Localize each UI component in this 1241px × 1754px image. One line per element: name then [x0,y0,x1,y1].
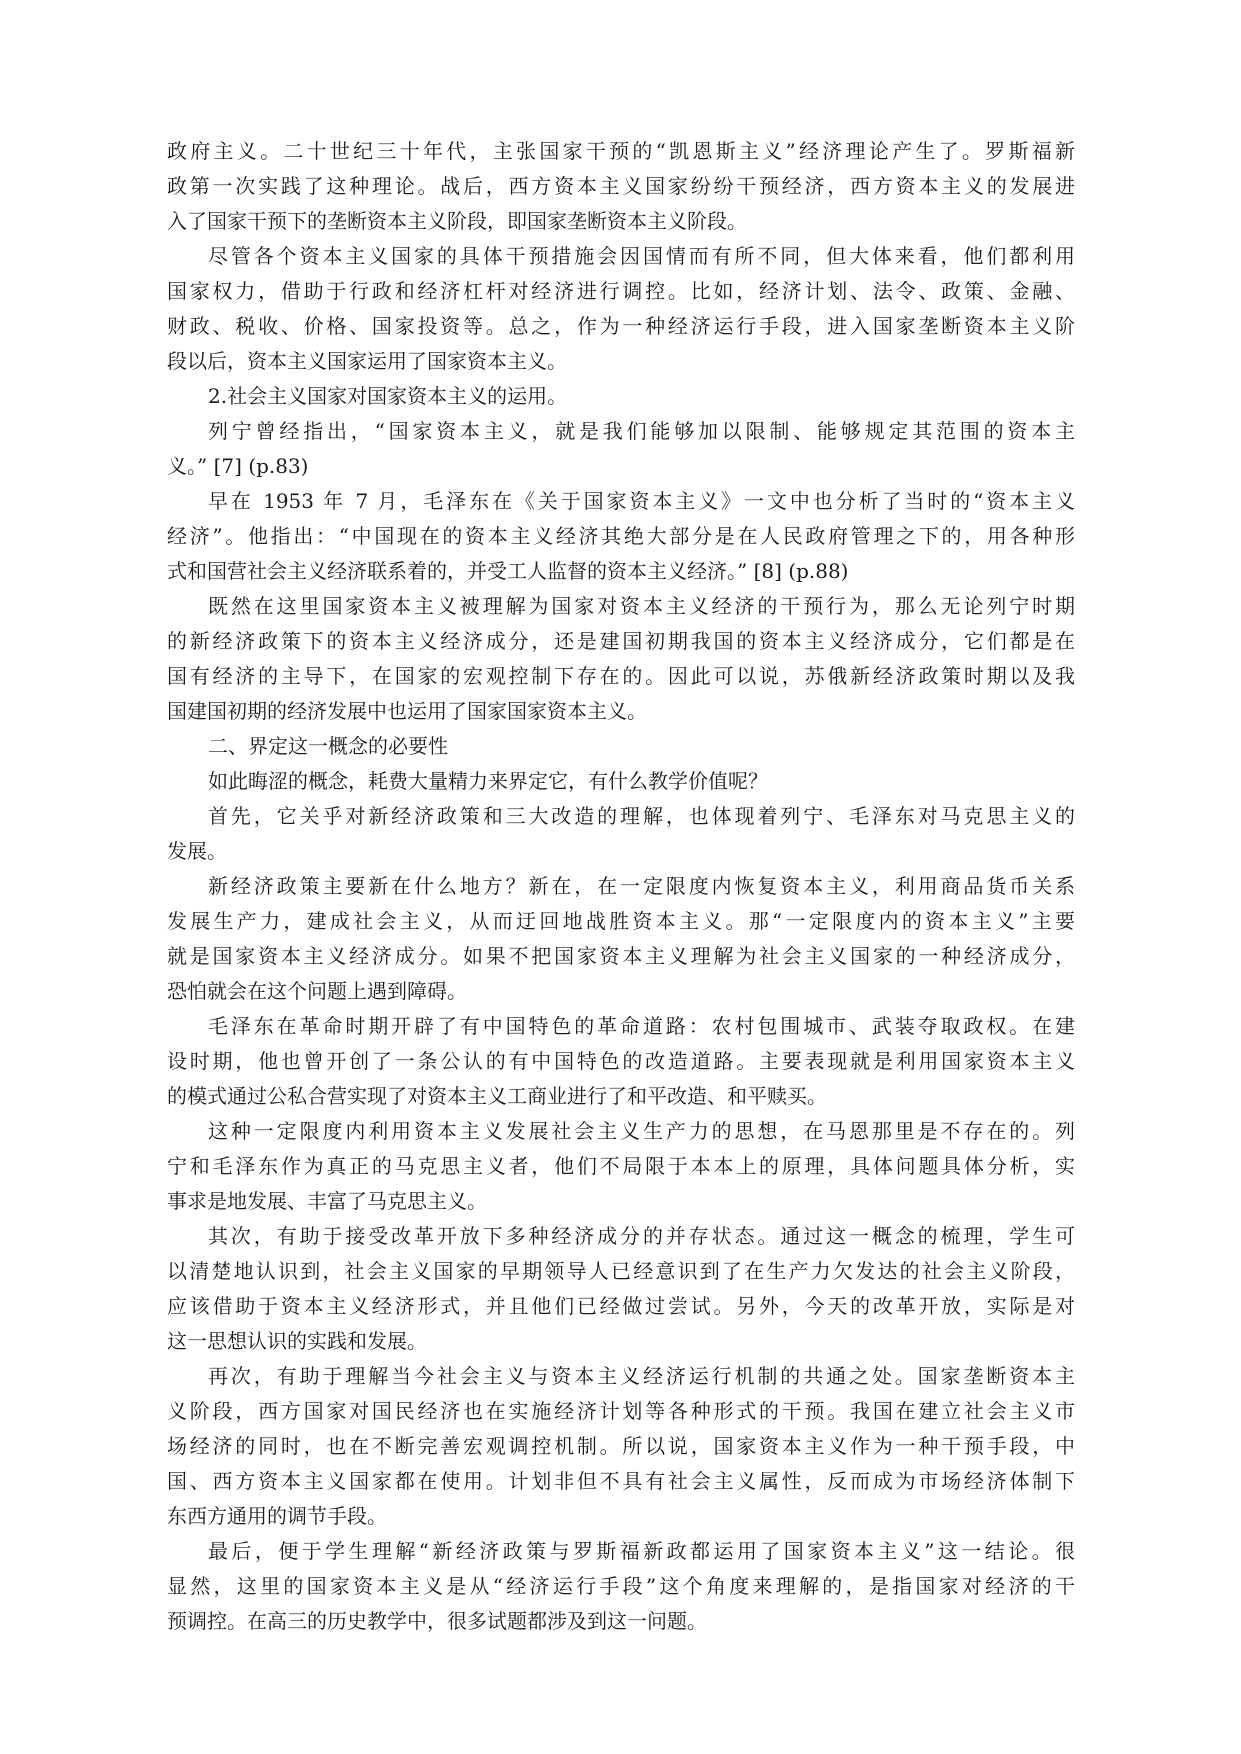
paragraph: 再次，有助于理解当今社会主义与资本主义经济运行机制的共通之处。国家垄断资本主义阶… [167,1359,1075,1534]
paragraph: 早在 1953 年 7 月，毛泽东在《关于国家资本主义》一文中也分析了当时的“资… [167,484,1075,589]
paragraph: 其次，有助于接受改革开放下多种经济成分的并存状态。通过这一概念的梳理，学生可以清… [167,1219,1075,1359]
text-line: 二、界定这一概念的必要性 [167,729,1075,764]
text-line: 入了国家干预下的垄断资本主义阶段，即国家垄断资本主义阶段。 [167,204,1075,239]
text-line: 新经济政策主要新在什么地方？新在，在一定限度内恢复资本主义，利用商品货币关系 [167,869,1075,904]
text-line: 既然在这里国家资本主义被理解为国家对资本主义经济的干预行为，那么无论列宁时期 [167,589,1075,624]
text-line: 的新经济政策下的资本主义经济成分，还是建国初期我国的资本主义经济成分，它们都是在 [167,624,1075,659]
text-line: 早在 1953 年 7 月，毛泽东在《关于国家资本主义》一文中也分析了当时的“资… [167,484,1075,519]
text-line: 最后，便于学生理解“新经济政策与罗斯福新政都运用了国家资本主义”这一结论。很 [167,1534,1075,1569]
text-line: 式和国营社会主义经济联系着的，并受工人监督的资本主义经济。” [8] (p.88… [167,554,1075,589]
paragraph: 新经济政策主要新在什么地方？新在，在一定限度内恢复资本主义，利用商品货币关系发展… [167,869,1075,1009]
text-line: 国家权力，借助于行政和经济杠杆对经济进行调控。比如，经济计划、法令、政策、金融、 [167,274,1075,309]
text-line: 的模式通过公私合营实现了对资本主义工商业进行了和平改造、和平赎买。 [167,1079,1075,1114]
text-line: 经济”。他指出：“中国现在的资本主义经济其绝大部分是在人民政府管理之下的，用各种… [167,519,1075,554]
text-line: 宁和毛泽东作为真正的马克思主义者，他们不局限于本本上的原理，具体问题具体分析，实 [167,1149,1075,1184]
text-line: 财政、税收、价格、国家投资等。总之，作为一种经济运行手段，进入国家垄断资本主义阶 [167,309,1075,344]
text-line: 国有经济的主导下，在国家的宏观控制下存在的。因此可以说，苏俄新经济政策时期以及我 [167,659,1075,694]
text-line: 设时期，他也曾开创了一条公认的有中国特色的改造道路。主要表现就是利用国家资本主义 [167,1044,1075,1079]
paragraph: 政府主义。二十世纪三十年代，主张国家干预的“凯恩斯主义”经济理论产生了。罗斯福新… [167,134,1075,239]
text-line: 如此晦涩的概念，耗费大量精力来界定它，有什么教学价值呢？ [167,764,1075,799]
text-line: 列宁曾经指出，“国家资本主义，就是我们能够加以限制、能够规定其范围的资本主 [167,414,1075,449]
text-line: 其次，有助于接受改革开放下多种经济成分的并存状态。通过这一概念的梳理，学生可 [167,1219,1075,1254]
paragraph: 毛泽东在革命时期开辟了有中国特色的革命道路：农村包围城市、武装夺取政权。在建设时… [167,1009,1075,1114]
text-line: 这种一定限度内利用资本主义发展社会主义生产力的思想，在马恩那里是不存在的。列 [167,1114,1075,1149]
paragraph: 既然在这里国家资本主义被理解为国家对资本主义经济的干预行为，那么无论列宁时期的新… [167,589,1075,729]
section-heading: 二、界定这一概念的必要性 [167,729,1075,764]
text-line: 以清楚地认识到，社会主义国家的早期领导人已经意识到了在生产力欠发达的社会主义阶段… [167,1254,1075,1289]
text-line: 应该借助于资本主义经济形式，并且他们已经做过尝试。另外，今天的改革开放，实际是对 [167,1289,1075,1324]
text-line: 显然，这里的国家资本主义是从“经济运行手段”这个角度来理解的，是指国家对经济的干 [167,1569,1075,1604]
text-line: 国建国初期的经济发展中也运用了国家国家资本主义。 [167,694,1075,729]
text-line: 东西方通用的调节手段。 [167,1499,1075,1534]
text-line: 就是国家资本主义经济成分。如果不把国家资本主义理解为社会主义国家的一种经济成分， [167,939,1075,974]
section-heading: 2.社会主义国家对国家资本主义的运用。 [167,379,1075,414]
text-line: 恐怕就会在这个问题上遇到障碍。 [167,974,1075,1009]
document-page: 政府主义。二十世纪三十年代，主张国家干预的“凯恩斯主义”经济理论产生了。罗斯福新… [167,134,1075,1639]
text-line: 发展。 [167,834,1075,869]
text-line: 毛泽东在革命时期开辟了有中国特色的革命道路：农村包围城市、武装夺取政权。在建 [167,1009,1075,1044]
text-line: 发展生产力，建成社会主义，从而迂回地战胜资本主义。那“一定限度内的资本主义”主要 [167,904,1075,939]
text-line: 尽管各个资本主义国家的具体干预措施会因国情而有所不同，但大体来看，他们都利用 [167,239,1075,274]
text-line: 事求是地发展、丰富了马克思主义。 [167,1184,1075,1219]
text-line: 义阶段，西方国家对国民经济也在实施经济计划等各种形式的干预。我国在建立社会主义市 [167,1394,1075,1429]
text-line: 首先，它关乎对新经济政策和三大改造的理解，也体现着列宁、毛泽东对马克思主义的 [167,799,1075,834]
text-line: 国、西方资本主义国家都在使用。计划非但不具有社会主义属性，反而成为市场经济体制下 [167,1464,1075,1499]
text-line: 政府主义。二十世纪三十年代，主张国家干预的“凯恩斯主义”经济理论产生了。罗斯福新 [167,134,1075,169]
paragraph: 这种一定限度内利用资本主义发展社会主义生产力的思想，在马恩那里是不存在的。列宁和… [167,1114,1075,1219]
paragraph: 尽管各个资本主义国家的具体干预措施会因国情而有所不同，但大体来看，他们都利用国家… [167,239,1075,379]
paragraph: 列宁曾经指出，“国家资本主义，就是我们能够加以限制、能够规定其范围的资本主义。”… [167,414,1075,484]
text-line: 这一思想认识的实践和发展。 [167,1324,1075,1359]
paragraph: 首先，它关乎对新经济政策和三大改造的理解，也体现着列宁、毛泽东对马克思主义的发展… [167,799,1075,869]
paragraph: 如此晦涩的概念，耗费大量精力来界定它，有什么教学价值呢？ [167,764,1075,799]
text-line: 场经济的同时，也在不断完善宏观调控机制。所以说，国家资本主义作为一种干预手段，中 [167,1429,1075,1464]
text-line: 预调控。在高三的历史教学中，很多试题都涉及到这一问题。 [167,1604,1075,1639]
text-line: 段以后，资本主义国家运用了国家资本主义。 [167,344,1075,379]
paragraph: 最后，便于学生理解“新经济政策与罗斯福新政都运用了国家资本主义”这一结论。很显然… [167,1534,1075,1639]
text-line: 政第一次实践了这种理论。战后，西方资本主义国家纷纷干预经济，西方资本主义的发展进 [167,169,1075,204]
text-line: 2.社会主义国家对国家资本主义的运用。 [167,379,1075,414]
text-line: 再次，有助于理解当今社会主义与资本主义经济运行机制的共通之处。国家垄断资本主 [167,1359,1075,1394]
text-line: 义。” [7] (p.83) [167,449,1075,484]
